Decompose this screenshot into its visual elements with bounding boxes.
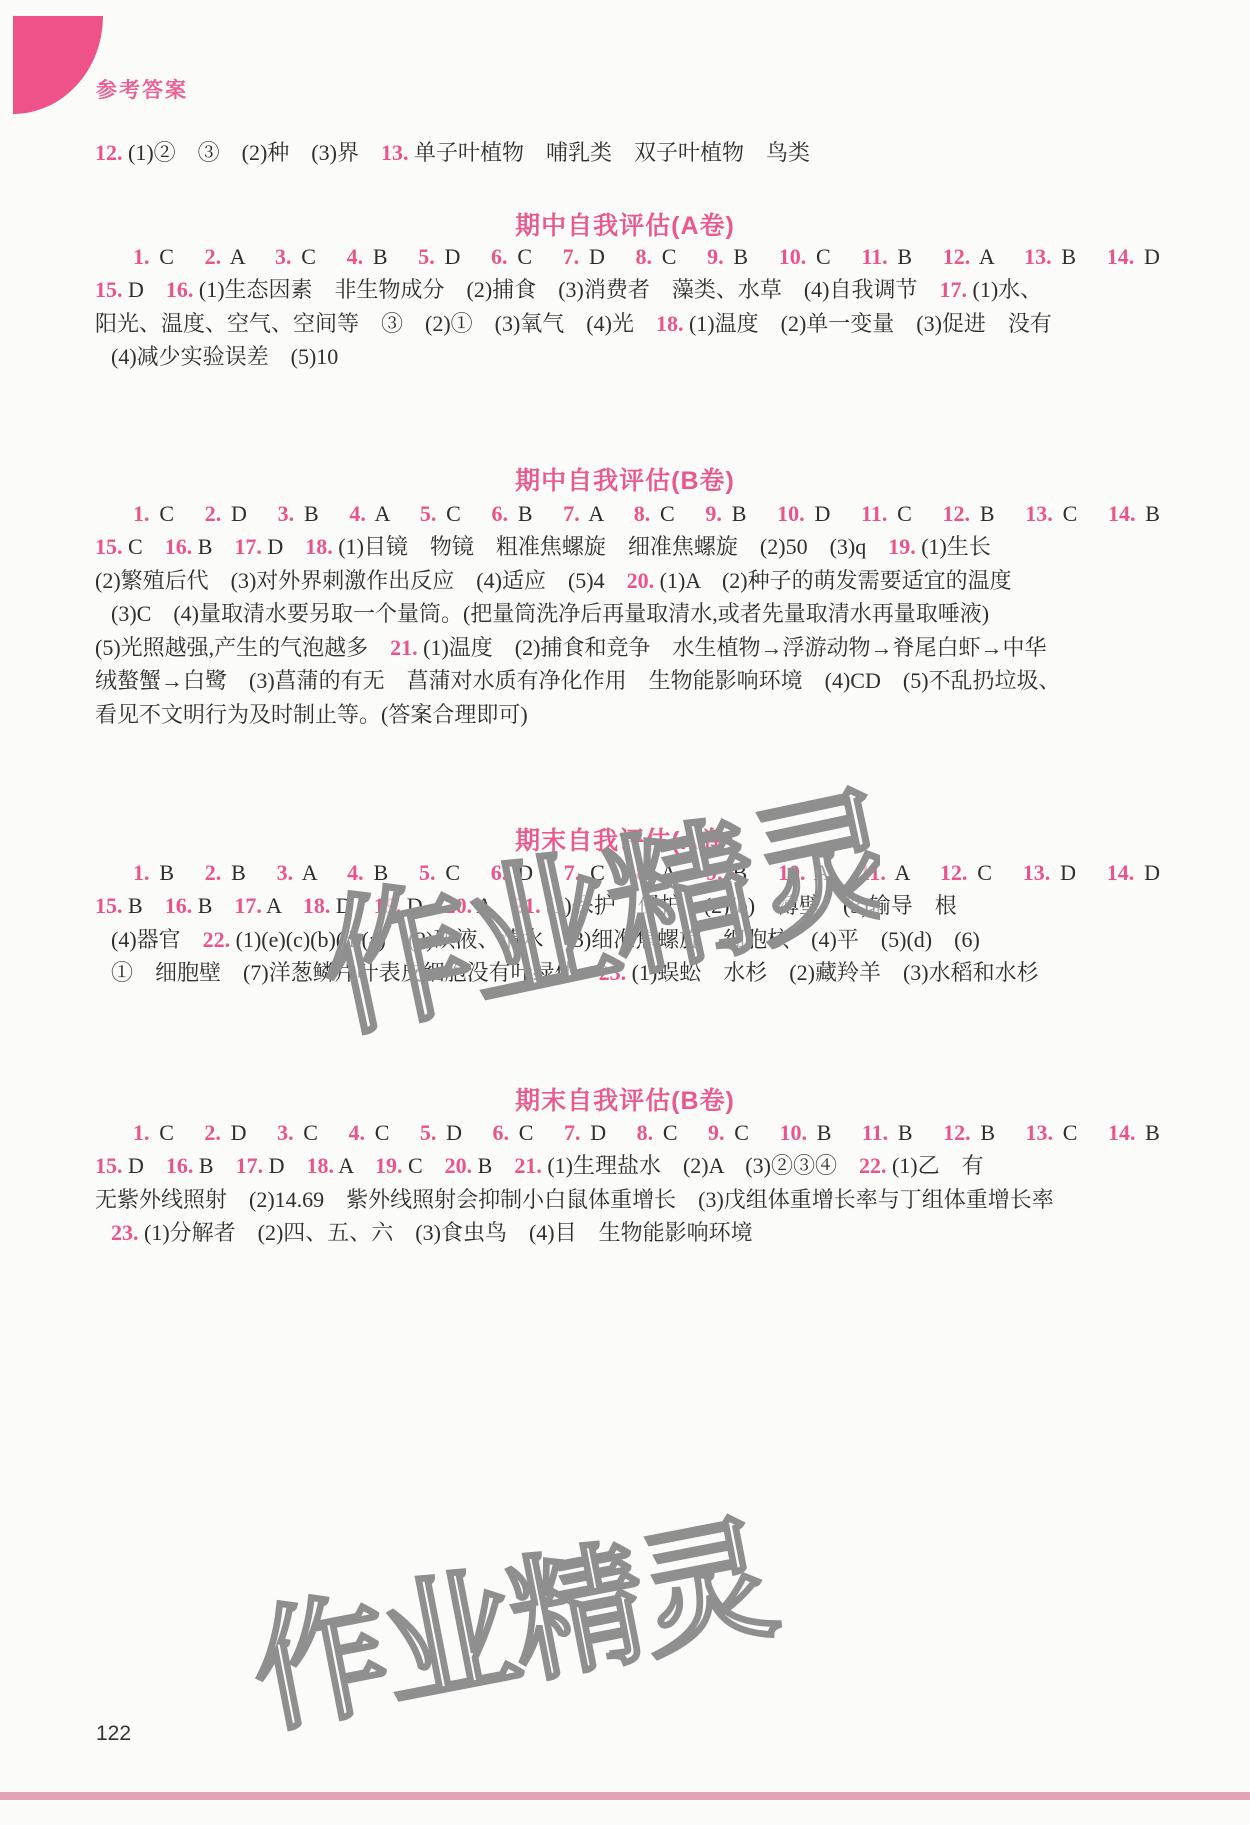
answers-line: 15. D 16. (1)生态因素 非生物成分 (2)捕食 (3)消费者 藻类、… — [95, 274, 1160, 305]
page-number: 122 — [96, 1722, 131, 1746]
answers-line: 1. B 2. B 3. A 4. B 5. C 6. D 7. C 8. A … — [95, 857, 1160, 888]
answers-line: (4)减少实验误差 (5)10 — [95, 341, 1160, 372]
answers-line: 15. D 16. B 17. D 18. A 19. C 20. B 21. … — [95, 1150, 1160, 1181]
svg-text:作业精灵: 作业精灵 — [241, 1502, 783, 1733]
answers-line: (3)C (4)量取清水要另取一个量筒。(把量筒洗净后再量取清水,或者先量取清水… — [95, 598, 1160, 629]
answers-line: 23. (1)分解者 (2)四、五、六 (3)食虫鸟 (4)目 生物能影响环境 — [95, 1217, 1160, 1248]
answers-line: 15. B 16. B 17. A 18. D 19. D 20. A 21. … — [95, 890, 1160, 921]
page-edge-strip — [0, 1792, 1250, 1800]
answers-line: 12. (1)② ③ (2)种 (3)界 13. 单子叶植物 哺乳类 双子叶植物… — [95, 137, 1160, 168]
watermark-logo: 作业精灵 — [238, 1498, 783, 1733]
answers-line: 无紫外线照射 (2)14.69 紫外线照射会抑制小白鼠体重增长 (3)戊组体重增… — [95, 1184, 1160, 1215]
section-title-final-a: 期末自我评估(A卷) — [0, 821, 1250, 857]
answers-line: 1. C 2. D 3. B 4. A 5. C 6. B 7. A 8. C … — [95, 498, 1160, 529]
answers-line: 1. C 2. A 3. C 4. B 5. D 6. C 7. D 8. C … — [95, 241, 1160, 272]
page-header: 参考答案 — [96, 74, 188, 104]
answers-line: (2)繁殖后代 (3)对外界刺激作出反应 (4)适应 (5)4 20. (1)A… — [95, 565, 1160, 596]
answers-line: 阳光、温度、空气、空间等 ③ (2)① (3)氧气 (4)光 18. (1)温度… — [95, 308, 1160, 339]
section-title-final-b: 期末自我评估(B卷) — [0, 1081, 1250, 1117]
answers-line: (4)器官 22. (1)(e)(c)(b)(d)(a) (2)碘液、清水 (3… — [95, 924, 1160, 955]
answers-line: ① 细胞壁 (7)洋葱鳞片叶表皮细胞没有叶绿体 23. (1)蜈蚣 水杉 (2)… — [95, 957, 1160, 988]
answers-line: 15. C 16. B 17. D 18. (1)目镜 物镜 粗准焦螺旋 细准焦… — [95, 531, 1160, 562]
answers-line: 绒螯蟹→白鹭 (3)菖蒲的有无 菖蒲对水质有净化作用 生物能影响环境 (4)CD… — [95, 665, 1160, 696]
answers-line: 看见不文明行为及时制止等。(答案合理即可) — [95, 699, 1160, 730]
corner-decoration — [13, 16, 103, 114]
answers-line: 1. C 2. D 3. C 4. C 5. D 6. C 7. D 8. C … — [95, 1117, 1160, 1148]
section-title-midterm-b: 期中自我评估(B卷) — [0, 461, 1250, 497]
answers-line: (5)光照越强,产生的气泡越多 21. (1)温度 (2)捕食和竞争 水生植物→… — [95, 632, 1160, 663]
section-title-midterm-a: 期中自我评估(A卷) — [0, 206, 1250, 242]
answer-key-page: 参考答案 12. (1)② ③ (2)种 (3)界 13. 单子叶植物 哺乳类 … — [0, 0, 1250, 1825]
